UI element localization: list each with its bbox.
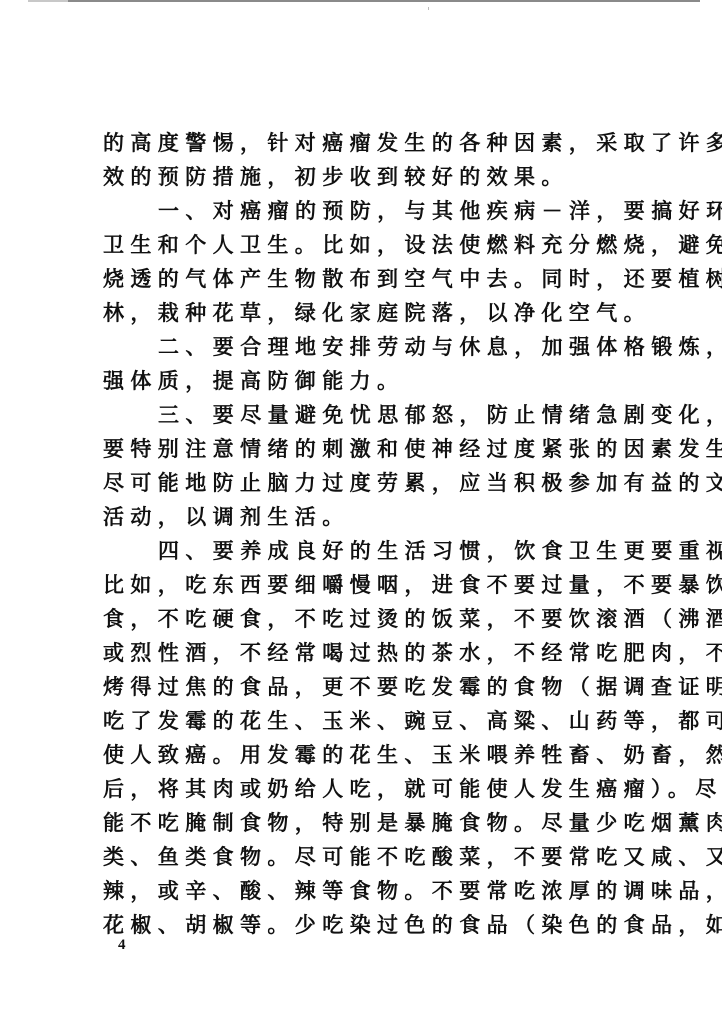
text-line: 卫生和个人卫生。比如，设法使燃料充分燃烧，避免未 <box>103 228 603 262</box>
text-line-paragraph-four: 四、要养成良好的生活习惯，饮食卫生更要重视。 <box>103 534 603 568</box>
text-line: 活动，以调剂生活。 <box>103 500 603 534</box>
text-line: 花椒、胡椒等。少吃染过色的食品（染色的食品，如馒 <box>103 908 603 942</box>
text-line: 食，不吃硬食，不吃过烫的饭菜，不要饮滚酒（沸酒） <box>103 602 603 636</box>
scan-speck <box>614 683 616 685</box>
scan-top-edge-left <box>28 0 68 2</box>
scan-speck <box>428 7 429 10</box>
text-line: 使人致癌。用发霉的花生、玉米喂养牲畜、奶畜，然 <box>103 738 603 772</box>
text-line-paragraph-three: 三、要尽量避免忧思郁怒，防止情绪急剧变化，还 <box>103 398 603 432</box>
scan-top-edge <box>28 0 700 2</box>
text-line: 比如，吃东西要细嚼慢咽，进食不要过量，不要暴饮暴 <box>103 568 603 602</box>
page-body: 的高度警惕，针对癌瘤发生的各种因素，采取了许多有 效的预防措施，初步收到较好的效… <box>103 126 603 942</box>
text-line: 烤得过焦的食品，更不要吃发霉的食物（据调查证明， <box>103 670 603 704</box>
text-line: 后，将其肉或奶给人吃，就可能使人发生癌瘤）。尽可 <box>103 772 603 806</box>
text-line-paragraph-one: 一、对癌瘤的预防，与其他疾病－洋，要搞好环境 <box>103 194 603 228</box>
text-line: 要特别注意情绪的刺激和使神经过度紧张的因素发生。 <box>103 432 603 466</box>
text-line-paragraph-two: 二、要合理地安排劳动与休息，加强体格锻炼，增 <box>103 330 603 364</box>
text-line: 烧透的气体产生物散布到空气中去。同时，还要植树造 <box>103 262 603 296</box>
text-line: 吃了发霉的花生、玉米、豌豆、高粱、山药等，都可能 <box>103 704 603 738</box>
text-line: 效的预防措施，初步收到较好的效果。 <box>103 160 603 194</box>
text-line: 尽可能地防止脑力过度劳累，应当积极参加有益的文化 <box>103 466 603 500</box>
text-line: 类、鱼类食物。尽可能不吃酸菜，不要常吃又咸、又 <box>103 840 603 874</box>
text-line: 或烈性酒，不经常喝过热的茶水，不经常吃肥肉，不吃 <box>103 636 603 670</box>
page-number: 4 <box>118 937 126 954</box>
text-line: 辣，或辛、酸、辣等食物。不要常吃浓厚的调味品，如 <box>103 874 603 908</box>
text-line: 强体质，提高防御能力。 <box>103 364 603 398</box>
text-line: 的高度警惕，针对癌瘤发生的各种因素，采取了许多有 <box>103 126 603 160</box>
text-line: 能不吃腌制食物，特别是暴腌食物。尽量少吃烟薰肉 <box>103 806 603 840</box>
text-line: 林，栽种花草，绿化家庭院落，以净化空气。 <box>103 296 603 330</box>
